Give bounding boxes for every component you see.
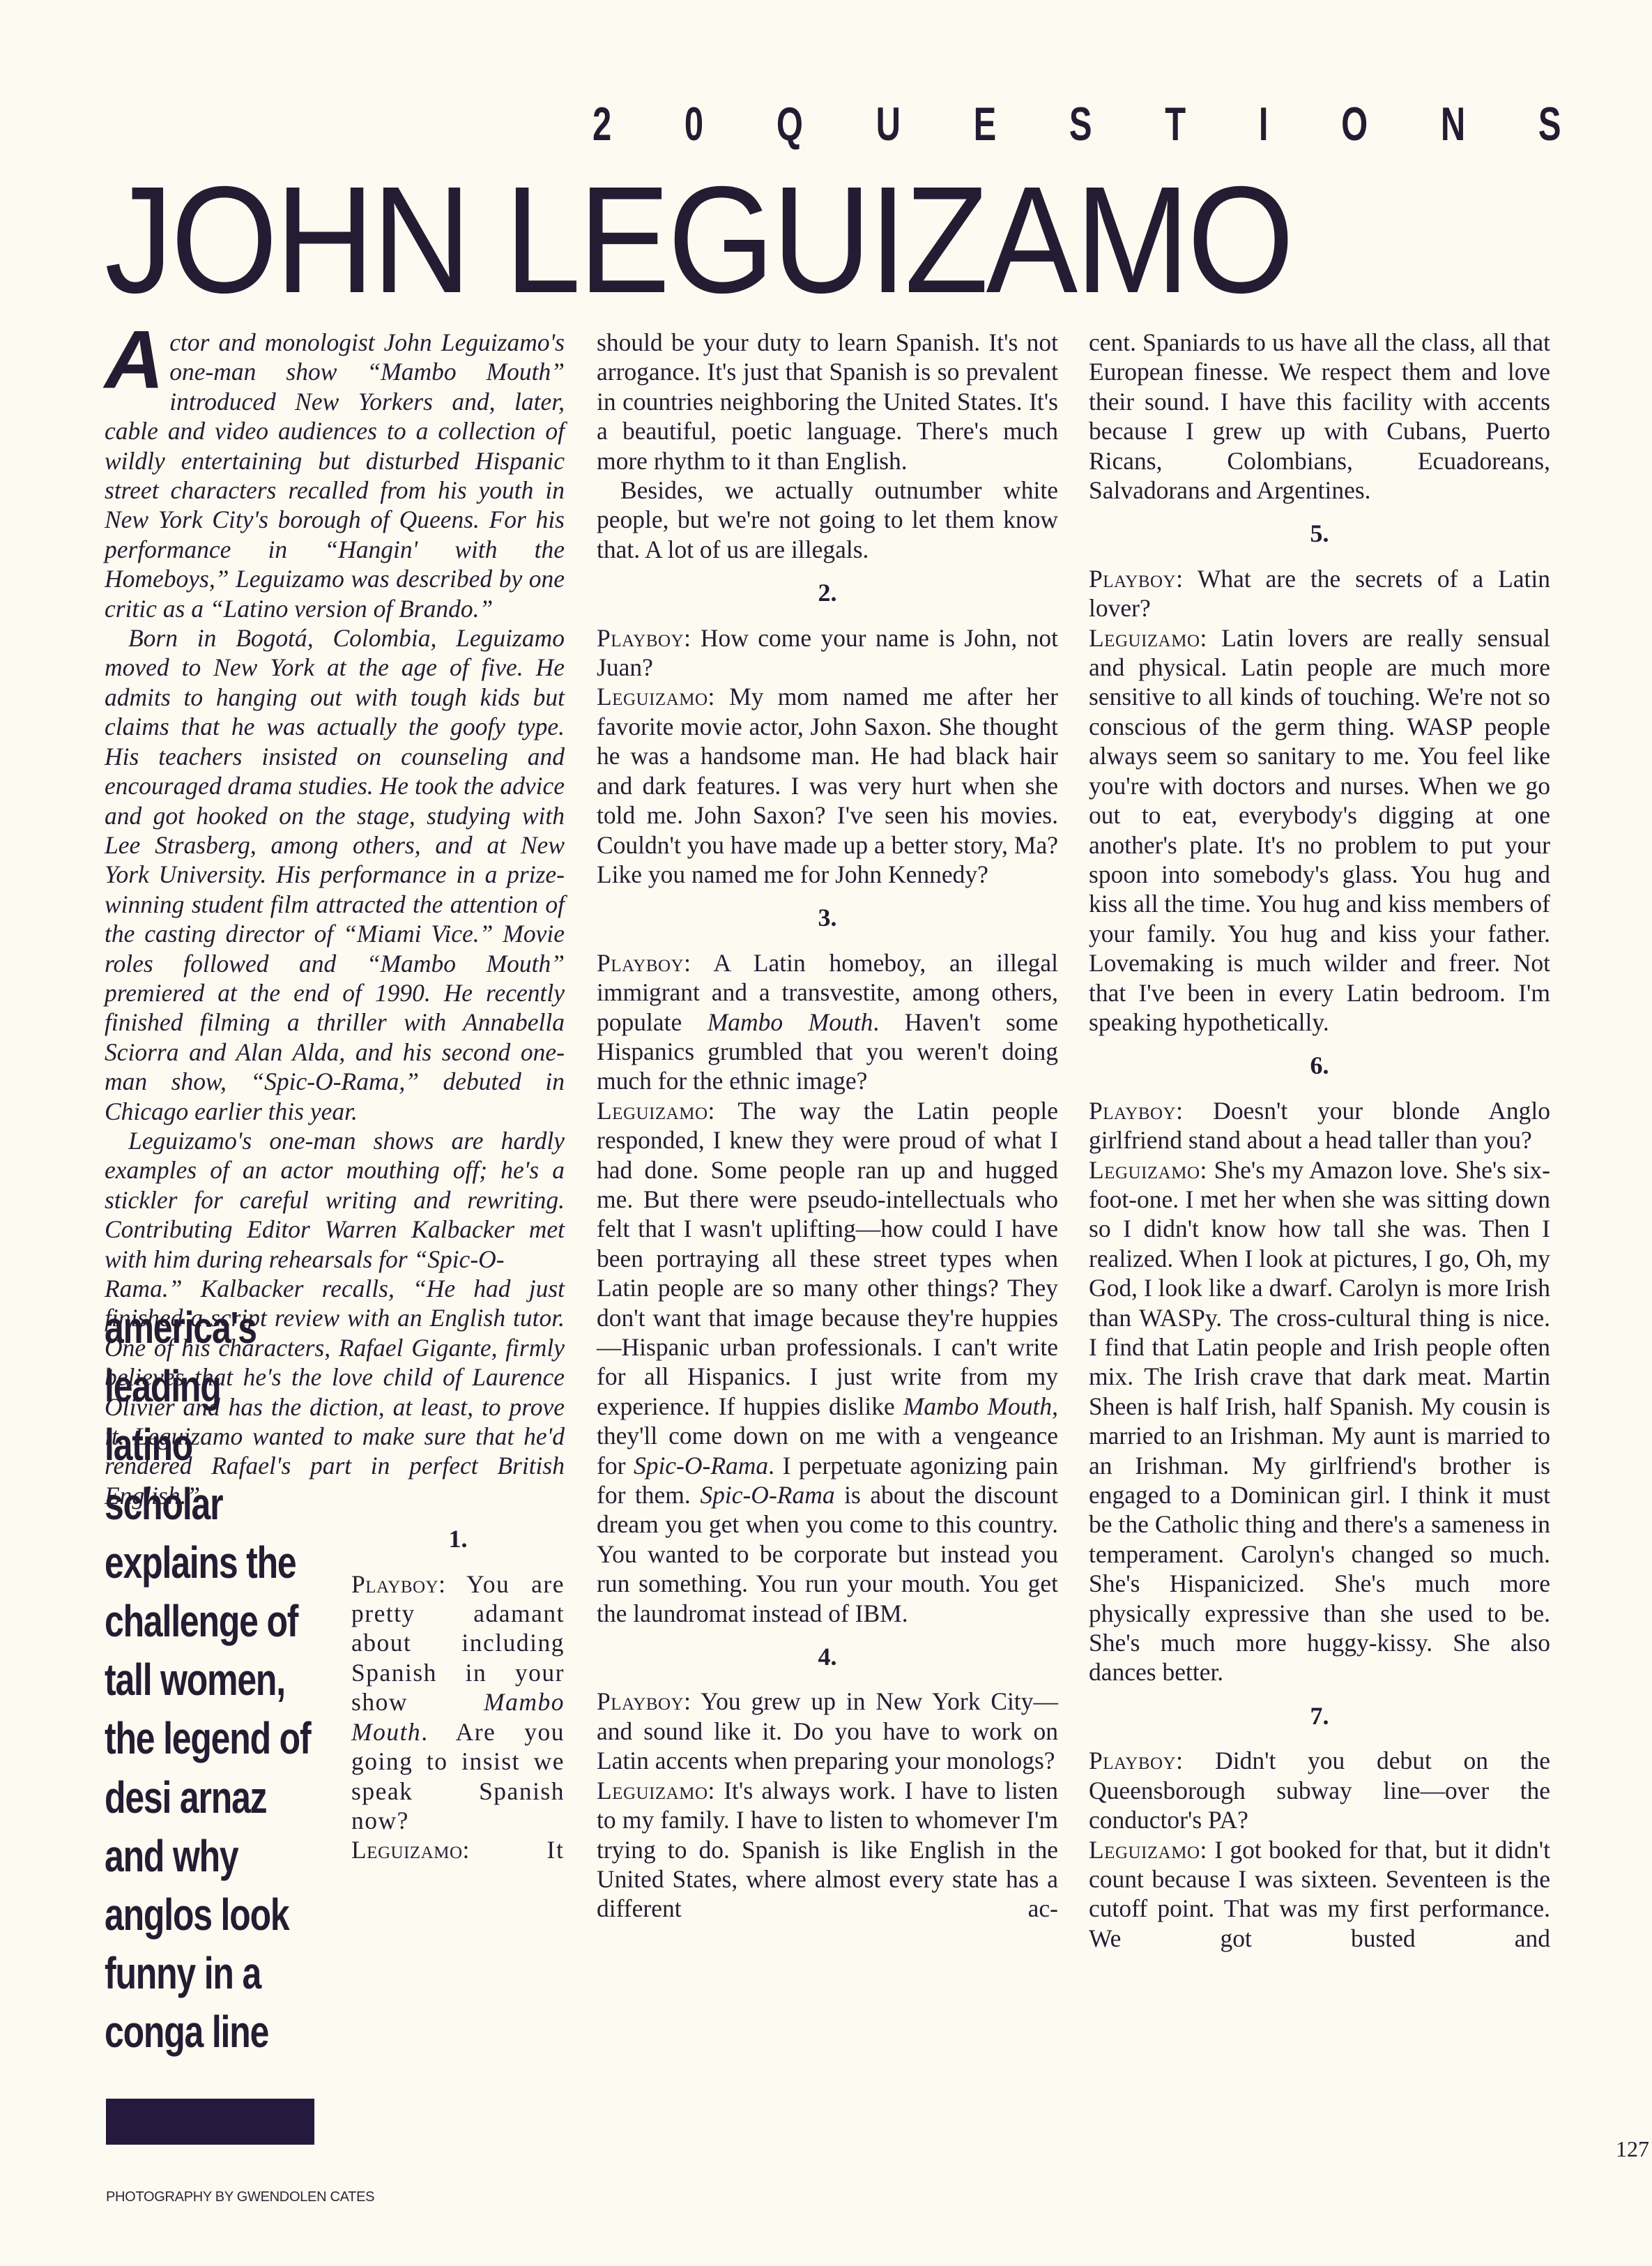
decorative-bar: [106, 2099, 314, 2145]
kicker-letter: Q: [777, 96, 803, 152]
speaker-label: Playboy:: [597, 624, 691, 652]
kicker-letter: 0: [684, 96, 703, 152]
kicker-letter: S: [1538, 96, 1561, 152]
answer-text: Leguizamo: It's always work. I have to l…: [597, 1776, 1058, 1924]
pull-quote-line: tall women,: [105, 1650, 279, 1709]
kicker-letter: E: [974, 96, 997, 152]
drop-cap: A: [105, 330, 164, 389]
question-text: Playboy: What are the secrets of a Latin…: [1089, 564, 1550, 623]
question-number: 7.: [1089, 1701, 1550, 1731]
speaker-label: Playboy:: [1089, 565, 1183, 593]
answer-text: cent. Spaniards to us have all the class…: [1089, 328, 1550, 505]
kicker-letter: S: [1069, 96, 1092, 152]
kicker-letter: U: [876, 96, 901, 152]
answer-text: should be your duty to learn Spanish. It…: [597, 328, 1058, 476]
pull-quote-line: funny in a: [105, 1944, 279, 2002]
answer-text: Besides, we actually outnumber white peo…: [597, 476, 1058, 564]
answer-text: Leguizamo: The way the Latin people resp…: [597, 1096, 1058, 1628]
column-3: cent. Spaniards to us have all the class…: [1089, 328, 1550, 1953]
intro-paragraph: Born in Bogotá, Colombia, Leguizamo move…: [105, 623, 565, 1126]
pull-quote-line: latino: [105, 1415, 279, 1474]
question-text: Playboy: How come your name is John, not…: [597, 623, 1058, 683]
speaker-label: Leguizamo:: [597, 683, 715, 710]
pull-quote-line: challenge of: [105, 1592, 279, 1650]
speaker-label: Playboy:: [351, 1570, 445, 1598]
speaker-label: Leguizamo:: [597, 1097, 715, 1125]
question-number: 2.: [597, 578, 1058, 607]
speaker-label: Leguizamo:: [1089, 1836, 1207, 1864]
question-text: Playboy: Doesn't your blonde Anglo girlf…: [1089, 1096, 1550, 1155]
column-2: should be your duty to learn Spanish. It…: [597, 328, 1058, 1924]
pull-quote-line: scholar: [105, 1475, 279, 1533]
kicker-letter: I: [1259, 96, 1269, 152]
answer-text: Leguizamo: My mom named me after her fav…: [597, 682, 1058, 889]
photo-credit: PHOTOGRAPHY BY GWENDOLEN CATES: [106, 2189, 374, 2205]
pull-quote-line: and why: [105, 1827, 279, 1885]
pull-quote-line: leading: [105, 1357, 279, 1415]
intro-paragraph: Actor and monologist John Leguizamo's on…: [105, 328, 565, 623]
kicker-letter: T: [1165, 96, 1186, 152]
question-block-1: 1. Playboy: You are pretty adamant about…: [351, 1524, 565, 1864]
kicker-letter: 2: [592, 96, 611, 152]
question-text: Playboy: A Latin homeboy, an illegal imm…: [597, 948, 1058, 1096]
speaker-label: Leguizamo:: [1089, 1156, 1207, 1184]
question-number: 1.: [351, 1524, 565, 1553]
answer-text: Leguizamo: I got booked for that, but it…: [1089, 1835, 1550, 1954]
pull-quote-line: desi arnaz: [105, 1768, 279, 1827]
speaker-label: Playboy:: [597, 1687, 691, 1715]
question-text: Playboy: Didn't you debut on the Queensb…: [1089, 1746, 1550, 1834]
speaker-label: Leguizamo:: [597, 1777, 715, 1804]
speaker-label: Leguizamo:: [1089, 624, 1207, 652]
kicker-letter: N: [1441, 96, 1465, 152]
section-kicker: 2 0 Q U E S T I O N S: [592, 96, 1561, 152]
pull-quote-line: conga line: [105, 2002, 279, 2061]
article-title: JOHN LEGUIZAMO: [105, 174, 1416, 307]
question-text: Playboy: You grew up in New York City—an…: [597, 1687, 1058, 1775]
kicker-letter: O: [1341, 96, 1368, 152]
speaker-label: Playboy:: [1089, 1097, 1183, 1125]
pull-quote: america's leading latino scholar explain…: [105, 1298, 279, 2061]
question-text: Playboy: You are pretty adamant about in…: [351, 1569, 565, 1836]
pull-quote-line: explains the: [105, 1533, 279, 1592]
answer-text: Leguizamo: Latin lovers are really sensu…: [1089, 623, 1550, 1037]
pull-quote-line: the legend of: [105, 1709, 279, 1767]
speaker-label: Leguizamo:: [351, 1836, 470, 1864]
speaker-label: Playboy:: [1089, 1747, 1183, 1774]
question-number: 4.: [597, 1642, 1058, 1671]
question-number: 5.: [1089, 519, 1550, 548]
answer-text: Leguizamo: She's my Amazon love. She's s…: [1089, 1155, 1550, 1687]
question-number: 6.: [1089, 1051, 1550, 1080]
intro-paragraph: Leguizamo's one-man shows are hardly exa…: [105, 1126, 565, 1274]
question-number: 3.: [597, 903, 1058, 932]
pull-quote-line: anglos look: [105, 1885, 279, 1944]
page-number: 127: [1616, 2136, 1649, 2162]
speaker-label: Playboy:: [597, 949, 691, 977]
pull-quote-line: america's: [105, 1298, 279, 1357]
answer-text: Leguizamo: It: [351, 1835, 565, 1864]
